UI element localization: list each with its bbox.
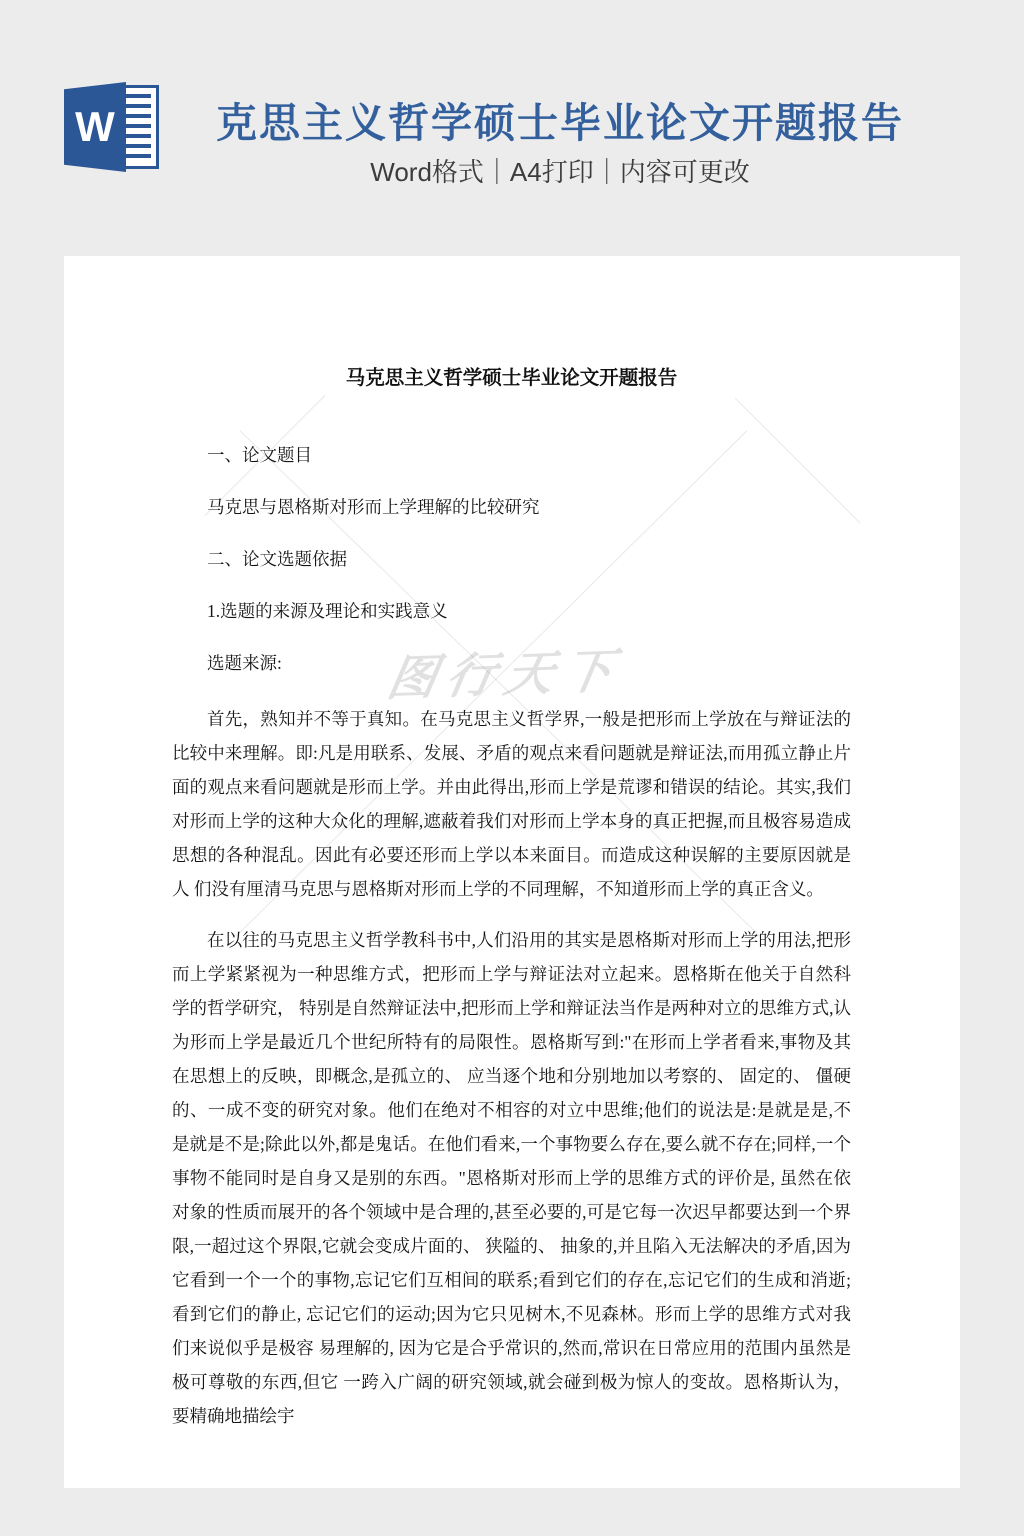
doc-heading-1: 一、论文题目	[172, 429, 851, 481]
document-content: 马克思主义哲学硕士毕业论文开题报告 一、论文题目 马克思与恩格斯对形而上学理解的…	[64, 363, 960, 1433]
word-icon-letter: W	[64, 82, 126, 172]
doc-paragraph-2: 在以往的马克思主义哲学教科书中,人们沿用的其实是恩格斯对形而上学的用法,把形而上…	[172, 923, 851, 1433]
document-title: 马克思主义哲学硕士毕业论文开题报告	[172, 363, 851, 393]
document-headings: 一、论文题目 马克思与恩格斯对形而上学理解的比较研究 二、论文选题依据 1.选题…	[172, 429, 851, 689]
page-header: W 克思主义哲学硕士毕业论文开题报告 Word格式｜A4打印｜内容可更改	[0, 0, 1024, 256]
doc-heading-2: 二、论文选题依据	[172, 533, 851, 585]
doc-heading-thesis-topic: 马克思与恩格斯对形而上学理解的比较研究	[172, 481, 851, 533]
doc-heading-source: 选题来源:	[172, 637, 851, 689]
template-title: 克思主义哲学硕士毕业论文开题报告	[170, 90, 950, 149]
document-body: 首先，熟知并不等于真知。在马克思主义哲学界,一般是把形而上学放在与辩证法的比较中…	[172, 702, 851, 1433]
doc-paragraph-1: 首先，熟知并不等于真知。在马克思主义哲学界,一般是把形而上学放在与辩证法的比较中…	[172, 702, 851, 906]
document-page: 图行天下 马克思主义哲学硕士毕业论文开题报告 一、论文题目 马克思与恩格斯对形而…	[64, 256, 960, 1488]
template-subtitle: Word格式｜A4打印｜内容可更改	[170, 152, 950, 189]
word-icon: W	[64, 82, 162, 172]
doc-heading-2-1: 1.选题的来源及理论和实践意义	[172, 585, 851, 637]
